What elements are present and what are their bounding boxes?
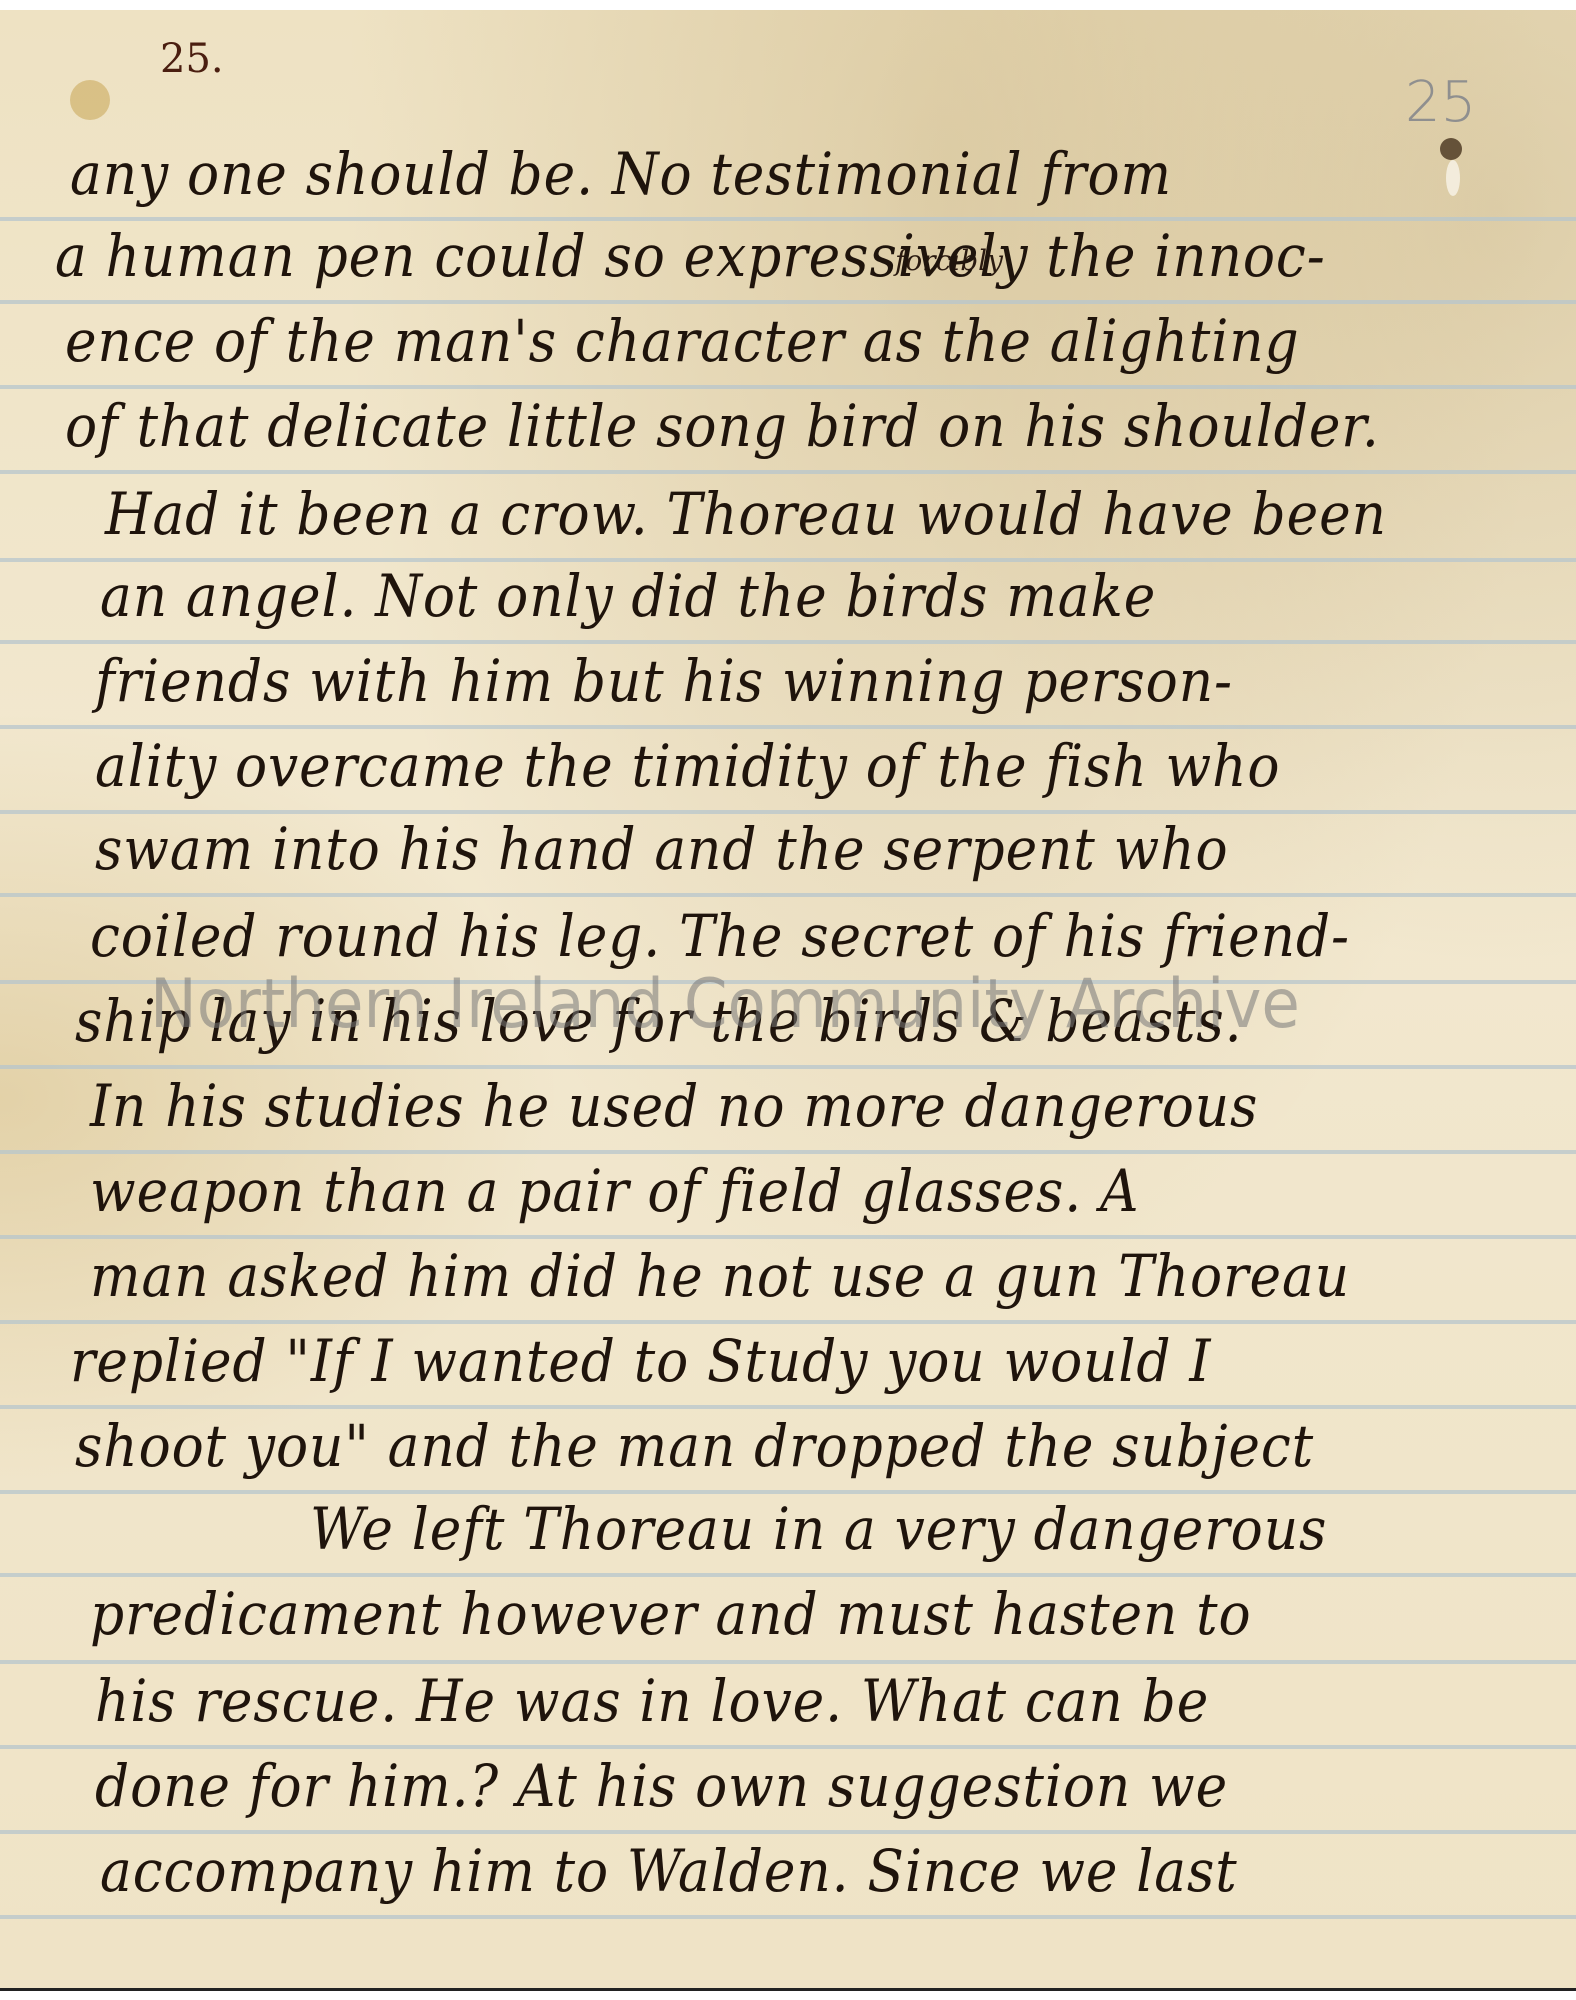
paper-stain-left — [70, 80, 110, 120]
manuscript-line: We left Thoreau in a very dangerous — [310, 1495, 1327, 1563]
manuscript-line: ality overcame the timidity of the fish … — [95, 732, 1280, 800]
manuscript-line: shoot you" and the man dropped the subje… — [75, 1412, 1314, 1480]
manuscript-line: friends with him but his winning person- — [95, 647, 1233, 715]
ruled-line — [0, 810, 1576, 814]
ruled-line — [0, 1573, 1576, 1577]
page-number-pencil: 25 — [1405, 70, 1476, 135]
manuscript-line: In his studies he used no more dangerous — [90, 1072, 1258, 1140]
paper-stain-right — [1440, 138, 1462, 160]
ruled-line — [0, 1660, 1576, 1664]
ruled-line — [0, 1745, 1576, 1749]
ruled-line — [0, 1235, 1576, 1239]
ruled-line — [0, 893, 1576, 897]
manuscript-line: man asked him did he not use a gun Thore… — [90, 1242, 1350, 1310]
ruled-line — [0, 1915, 1576, 1919]
ruled-line — [0, 1065, 1576, 1069]
manuscript-line: an angel. Not only did the birds make — [100, 562, 1156, 630]
ruled-line — [0, 1490, 1576, 1494]
manuscript-line: his rescue. He was in love. What can be — [95, 1667, 1209, 1735]
manuscript-line: predicament however and must hasten to — [90, 1580, 1252, 1648]
ruled-line — [0, 217, 1576, 221]
ruled-line — [0, 385, 1576, 389]
page-number-ink: 25. — [160, 36, 224, 82]
ruled-line — [0, 470, 1576, 474]
ruled-line — [0, 1830, 1576, 1834]
manuscript-line: ence of the man's character as the aligh… — [65, 307, 1300, 375]
manuscript-line: swam into his hand and the serpent who — [95, 815, 1229, 883]
manuscript-line: weapon than a pair of field glasses. A — [90, 1157, 1140, 1225]
manuscript-page: 25. 25 forcibly any one should be. No te… — [0, 10, 1576, 1991]
manuscript-line: a human pen could so expressively the in… — [55, 222, 1326, 290]
manuscript-line: any one should be. No testimonial from — [70, 140, 1172, 208]
ruled-line — [0, 640, 1576, 644]
manuscript-line: of that delicate little song bird on his… — [65, 392, 1380, 460]
ruled-line — [0, 1320, 1576, 1324]
manuscript-line: accompany him to Walden. Since we last — [100, 1837, 1238, 1905]
paper-stain-right-lower — [1446, 160, 1460, 196]
ruled-line — [0, 725, 1576, 729]
ruled-line — [0, 1405, 1576, 1409]
manuscript-line: replied "If I wanted to Study you would … — [70, 1327, 1211, 1395]
manuscript-line: Had it been a crow. Thoreau would have b… — [105, 480, 1387, 548]
ruled-line — [0, 1150, 1576, 1154]
manuscript-line: done for him.? At his own suggestion we — [95, 1752, 1228, 1820]
manuscript-line: coiled round his leg. The secret of his … — [90, 902, 1350, 970]
archive-watermark: Northern Ireland Community Archive — [150, 965, 1300, 1044]
ruled-line — [0, 300, 1576, 304]
